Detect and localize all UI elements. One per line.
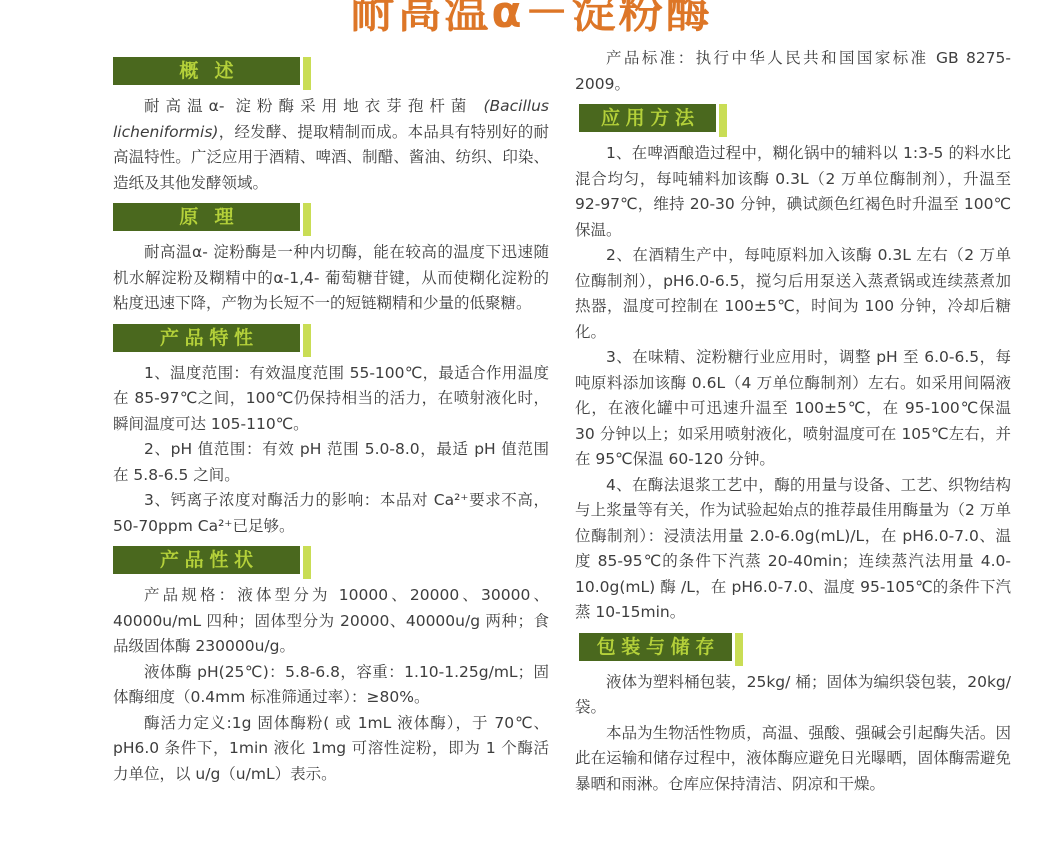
- section-title-application: 应用方法: [595, 104, 700, 132]
- section-title-packaging: 包装与储存: [591, 633, 720, 661]
- header-accent-bar: [719, 104, 727, 137]
- paragraph-application-3: 3、在味精、淀粉糖行业应用时，调整 pH 至 6.0-6.5，每吨原料添加该酶 …: [575, 345, 1011, 473]
- section-header-properties: 产品性状: [113, 546, 300, 574]
- paragraph-principle: 耐高温α- 淀粉酶是一种内切酶，能在较高的温度下迅速随机水解淀粉及糊精中的α-1…: [113, 240, 549, 317]
- section-header-principle: 原理: [113, 203, 300, 231]
- header-accent-bar: [303, 57, 311, 90]
- paragraph-property-1: 产品规格：液体型分为 10000、20000、30000、40000u/mL 四…: [113, 583, 549, 660]
- section-packaging: 包装与储存 液体为塑料桶包装，25kg/ 桶；固体为编织袋包装，20kg/ 袋。…: [575, 633, 1011, 798]
- text-run: 耐高温α- 淀粉酶采用地衣芽孢杆菌: [144, 97, 483, 115]
- section-title-features: 产品特性: [154, 324, 259, 352]
- paragraph-feature-1: 1、温度范围：有效温度范围 55-100℃，最适合作用温度在 85-97℃之间，…: [113, 361, 549, 438]
- section-application: 应用方法 1、在啤酒酿造过程中，糊化锅中的辅料以 1:3-5 的料水比混合均匀，…: [575, 104, 1011, 626]
- paragraph-feature-2: 2、pH 值范围：有效 pH 范围 5.0-8.0，最适 pH 值范围在 5.8…: [113, 437, 549, 488]
- paragraph-property-2: 液体酶 pH(25℃)：5.8-6.8，容重：1.10-1.25g/mL；固体酶…: [113, 660, 549, 711]
- right-column: 产品标准：执行中华人民共和国国家标准 GB 8275-2009。 应用方法 1、…: [575, 46, 1011, 797]
- header-accent-bar: [735, 633, 743, 666]
- page-title: 耐高温α－淀粉酶: [0, 0, 1063, 40]
- header-accent-bar: [303, 324, 311, 357]
- section-title-overview: 概述: [163, 57, 249, 85]
- document-page: { "title": { "text": "耐高温α－淀粉酶" }, "colo…: [0, 0, 1063, 865]
- left-column: 概述 耐高温α- 淀粉酶采用地衣芽孢杆菌 (Bacillus lichenifo…: [113, 57, 549, 787]
- header-accent-bar: [303, 546, 311, 579]
- paragraph-application-1: 1、在啤酒酿造过程中，糊化锅中的辅料以 1:3-5 的料水比混合均匀，每吨辅料加…: [575, 141, 1011, 243]
- paragraph-application-4: 4、在酶法退浆工艺中，酶的用量与设备、工艺、织物结构与上浆量等有关，作为试验起始…: [575, 473, 1011, 626]
- section-header-overview: 概述: [113, 57, 300, 85]
- section-header-application: 应用方法: [579, 104, 716, 132]
- header-accent-bar: [303, 203, 311, 236]
- section-features: 产品特性 1、温度范围：有效温度范围 55-100℃，最适合作用温度在 85-9…: [113, 324, 549, 540]
- paragraph-feature-3: 3、钙离子浓度对酶活力的影响：本品对 Ca²⁺要求不高，50-70ppm Ca²…: [113, 488, 549, 539]
- section-title-principle: 原理: [163, 203, 249, 231]
- paragraph-packaging-1: 液体为塑料桶包装，25kg/ 桶；固体为编织袋包装，20kg/ 袋。: [575, 670, 1011, 721]
- paragraph-overview: 耐高温α- 淀粉酶采用地衣芽孢杆菌 (Bacillus licheniformi…: [113, 94, 549, 196]
- paragraph-property-3: 酶活力定义:1g 固体酶粉( 或 1mL 液体酶），于 70℃、pH6.0 条件…: [113, 711, 549, 788]
- section-principle: 原理 耐高温α- 淀粉酶是一种内切酶，能在较高的温度下迅速随机水解淀粉及糊精中的…: [113, 203, 549, 317]
- section-header-features: 产品特性: [113, 324, 300, 352]
- section-header-packaging: 包装与储存: [579, 633, 732, 661]
- section-overview: 概述 耐高温α- 淀粉酶采用地衣芽孢杆菌 (Bacillus lichenifo…: [113, 57, 549, 196]
- paragraph-standard: 产品标准：执行中华人民共和国国家标准 GB 8275-2009。: [575, 46, 1011, 97]
- paragraph-application-2: 2、在酒精生产中，每吨原料加入该酶 0.3L 左右（2 万单位酶制剂），pH6.…: [575, 243, 1011, 345]
- section-title-properties: 产品性状: [154, 546, 259, 574]
- section-properties: 产品性状 产品规格：液体型分为 10000、20000、30000、40000u…: [113, 546, 549, 787]
- paragraph-packaging-2: 本品为生物活性物质，高温、强酸、强碱会引起酶失活。因此在运输和储存过程中，液体酶…: [575, 721, 1011, 798]
